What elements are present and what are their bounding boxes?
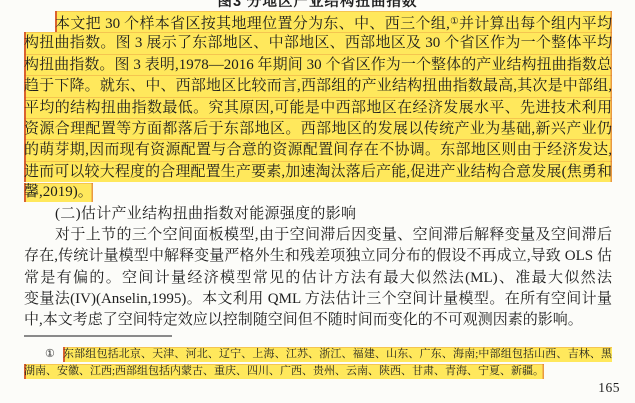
text-line: 资源合理配置等方面都落后于东部地区。西部地区的发展以传统产业为基础,新兴产业仍在…: [24, 118, 612, 139]
text-line: 变量法(IV)(Anselin,1995)。本文利用 QML 方法估计三个空间计…: [24, 289, 612, 310]
highlighted-text: 平均的结构扭曲指数最低。究其原因,可能是中西部地区在经济发展水平、先进技术利用和…: [24, 97, 612, 118]
footnote-line: 湖南、安徽、江西;西部组包括内蒙古、重庆、四川、广西、贵州、云南、陕西、甘肃、青…: [24, 363, 612, 380]
text-line: 馨,2019)。: [24, 182, 612, 203]
text-line: 构扭曲指数。图 3 展示了东部地区、中部地区、西部地区及 30 个省区作为一个整…: [24, 32, 612, 53]
section-heading: (二)估计产业结构扭曲指数对能源强度的影响: [24, 204, 612, 225]
text-line: 对于上节的三个空间面板模型,由于空间滞后因变量、空间滞后解释变量及空间滞后误差项…: [24, 225, 612, 246]
text-line: 存在,传统计量模型中解释变量严格外生和残差项独立同分布的假设不再成立,导致 OL…: [24, 246, 612, 267]
text-line: 常是有偏的。空间计量经济模型常见的估计方法有最大似然法(ML)、准最大似然法(Q…: [24, 268, 612, 289]
text-line: 进而可以较大程度的合理配置生产要素,加速淘汰落后产能,促进产业结构合意发展(焦勇…: [24, 161, 612, 182]
highlighted-text: 趋于下降。就东、中、西部地区比较而言,西部组的产业结构扭曲指数最高,其次是中部组…: [24, 75, 612, 96]
text-line: 本文把 30 个样本省区按其地理位置分为东、中、西三个组,①并计算出每个组内平均…: [24, 11, 612, 32]
highlighted-text: 构扭曲指数。图 3 表明,1978—2016 年期间 30 个省区作为一个整体的…: [24, 54, 612, 75]
footnote: ①东部组包括北京、天津、河北、辽宁、上海、江苏、浙江、福建、山东、广东、海南;中…: [24, 335, 612, 379]
text-line: 构扭曲指数。图 3 表明,1978—2016 年期间 30 个省区作为一个整体的…: [24, 54, 612, 75]
text-line: 的萌芽期,因而现有资源配置与合意的资源配置间存在不协调。东部地区则由于经济发达,…: [24, 139, 612, 160]
highlighted-text: 馨,2019)。: [24, 183, 93, 202]
footnote-line: ①东部组包括北京、天津、河北、辽宁、上海、江苏、浙江、福建、山东、广东、海南;中…: [24, 346, 612, 363]
highlighted-text: 构扭曲指数。图 3 展示了东部地区、中部地区、西部地区及 30 个省区作为一个整…: [24, 32, 612, 53]
text-line: 趋于下降。就东、中、西部地区比较而言,西部组的产业结构扭曲指数最高,其次是中部组…: [24, 75, 612, 96]
highlighted-text: 进而可以较大程度的合理配置生产要素,加速淘汰落后产能,促进产业结构合意发展(焦勇…: [24, 161, 612, 182]
text-line: 中,本文考虑了空间特定效应以控制随空间但不随时间而变化的不可观测因素的影响。: [24, 310, 612, 331]
footnote-marker: ①: [45, 348, 55, 360]
document-page: 图3 分地区产业结构扭曲指数 本文把 30 个样本省区按其地理位置分为东、中、西…: [0, 0, 635, 403]
text-line: 平均的结构扭曲指数最低。究其原因,可能是中西部地区在经济发展水平、先进技术利用和…: [24, 97, 612, 118]
highlighted-text: 的萌芽期,因而现有资源配置与合意的资源配置间存在不协调。东部地区则由于经济发达,…: [24, 139, 612, 160]
figure-caption: 图3 分地区产业结构扭曲指数: [0, 0, 635, 11]
body-text: 本文把 30 个样本省区按其地理位置分为东、中、西三个组,①并计算出每个组内平均…: [24, 11, 612, 332]
para1-line1-pre: 本文把 30 个样本省区按其地理位置分为东、中、西三个组,: [55, 16, 450, 32]
footnote-ref-marker[interactable]: ①: [450, 17, 459, 27]
highlighted-text: 东部组包括北京、天津、河北、辽宁、上海、江苏、浙江、福建、山东、广东、海南;中部…: [45, 347, 612, 363]
highlighted-text: 资源合理配置等方面都落后于东部地区。西部地区的发展以传统产业为基础,新兴产业仍在…: [24, 118, 612, 139]
footnote-separator-rule: [24, 335, 172, 337]
highlighted-text: 湖南、安徽、江西;西部组包括内蒙古、重庆、四川、广西、贵州、云南、陕西、甘肃、青…: [24, 364, 544, 379]
highlighted-text: 本文把 30 个样本省区按其地理位置分为东、中、西三个组,①并计算出每个组内平均…: [55, 11, 612, 32]
page-number: 165: [598, 380, 620, 396]
